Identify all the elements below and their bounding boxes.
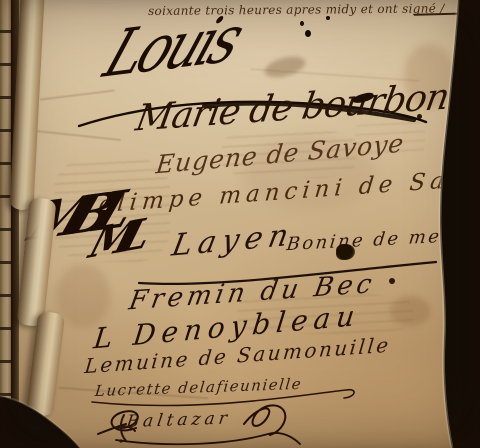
photo-background-right xyxy=(426,0,480,448)
ink-dot xyxy=(326,16,330,20)
ink-dot xyxy=(300,21,304,26)
photo-background-corner xyxy=(0,382,92,448)
ink-dot xyxy=(417,114,422,119)
book-binding-stitches xyxy=(0,0,11,448)
ink-mark-strokes xyxy=(116,412,138,444)
ink-dot xyxy=(305,30,311,37)
paper-stain xyxy=(390,296,430,326)
manuscript-photo: soixante trois heures apres midy et ont … xyxy=(0,0,480,448)
ink-dot xyxy=(389,278,395,284)
paper-stain xyxy=(56,264,110,328)
